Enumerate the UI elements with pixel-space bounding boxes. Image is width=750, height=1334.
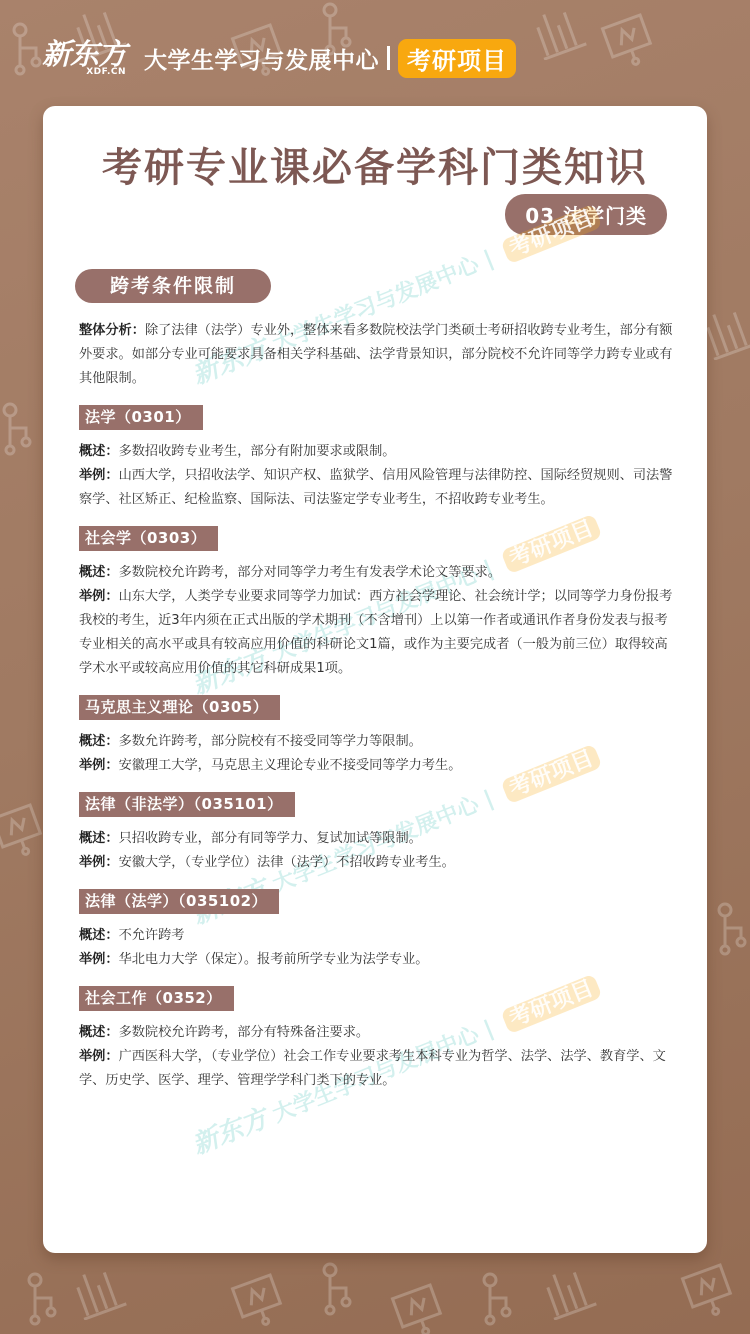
- example-line: 举例：广西医科大学，（专业学位）社会工作专业要求考生本科专业为哲学、法学、法学、…: [79, 1045, 679, 1093]
- content-body: 整体分析：除了法律（法学）专业外，整体来看多数院校法学门类硕士考研招收跨专业考生…: [79, 319, 679, 1107]
- presentation-icon: [680, 1260, 740, 1320]
- category-sociology: 社会学（0303） 概述：多数院校允许跨考，部分对同等学力考生有发表学术论文等要…: [79, 526, 679, 681]
- example-line: 举例：山西大学，只招收法学、知识产权、监狱学、信用风险管理与法律防控、国际经贸规…: [79, 464, 679, 512]
- example-line: 举例：华北电力大学（保定）。报考前所学专业为法学专业。: [79, 948, 679, 972]
- overview-line: 概述：只招收跨专业，部分有同等学力、复试加试等限制。: [79, 827, 679, 851]
- overview-line: 概述：不允许跨考: [79, 924, 679, 948]
- xdf-logo: 新东方 XDF.CN: [42, 40, 126, 77]
- bar-chart-icon: [70, 1260, 130, 1320]
- content-card: 考研专业课必备学科门类知识 03 法学门类 跨考条件限制 新东方 大学生学习与发…: [43, 106, 707, 1253]
- category-title: 社会工作（0352）: [79, 986, 234, 1011]
- tree-diagram-icon: [310, 1260, 370, 1320]
- tree-diagram-icon: [470, 1270, 530, 1330]
- bar-chart-icon: [530, 0, 590, 60]
- center-name: 大学生学习与发展中心: [144, 42, 379, 75]
- category-title: 马克思主义理论（0305）: [79, 695, 280, 720]
- project-badge: 考研项目: [398, 39, 516, 78]
- tree-diagram-icon: [15, 1270, 75, 1330]
- section-title: 跨考条件限制: [75, 269, 271, 303]
- bar-chart-icon: [540, 1260, 600, 1320]
- bar-chart-icon: [700, 300, 750, 360]
- subject-pill: 03 法学门类: [505, 194, 667, 235]
- presentation-icon: [600, 10, 660, 70]
- overview-line: 概述：多数允许跨考，部分院校有不接受同等学力等限制。: [79, 730, 679, 754]
- example-line: 举例：安徽大学，（专业学位）法律（法学）不招收跨专业考生。: [79, 851, 679, 875]
- page-title: 考研专业课必备学科门类知识: [43, 136, 707, 193]
- overall-text: 除了法律（法学）专业外，整体来看多数院校法学门类硕士考研招收跨专业考生，部分有额…: [79, 323, 672, 386]
- tree-diagram-icon: [705, 900, 750, 960]
- logo-sub-text: XDF.CN: [86, 67, 126, 77]
- category-social-work: 社会工作（0352） 概述：多数院校允许跨考，部分有特殊备注要求。 举例：广西医…: [79, 986, 679, 1093]
- header-divider: [387, 46, 390, 70]
- example-line: 举例：安徽理工大学，马克思主义理论专业不接受同等学力考生。: [79, 754, 679, 778]
- category-title: 法学（0301）: [79, 405, 203, 430]
- example-line: 举例：山东大学，人类学专业要求同等学力加试：西方社会学理论、社会统计学；以同等学…: [79, 585, 679, 681]
- presentation-icon: [230, 1270, 290, 1330]
- category-title: 法律（法学）（035102）: [79, 889, 279, 914]
- category-title: 法律（非法学）（035101）: [79, 792, 295, 817]
- overview-line: 概述：多数招收跨专业考生，部分有附加要求或限制。: [79, 440, 679, 464]
- category-title: 社会学（0303）: [79, 526, 218, 551]
- logo-main-text: 新东方: [42, 40, 126, 68]
- category-marxism: 马克思主义理论（0305） 概述：多数允许跨考，部分院校有不接受同等学力等限制。…: [79, 695, 679, 778]
- brand-header: 新东方 XDF.CN 大学生学习与发展中心 考研项目: [42, 36, 516, 80]
- overall-label: 整体分析：: [79, 323, 145, 338]
- overview-line: 概述：多数院校允许跨考，部分有特殊备注要求。: [79, 1021, 679, 1045]
- category-law: 法学（0301） 概述：多数招收跨专业考生，部分有附加要求或限制。 举例：山西大…: [79, 405, 679, 512]
- category-juris-master-law: 法律（法学）（035102） 概述：不允许跨考 举例：华北电力大学（保定）。报考…: [79, 889, 679, 972]
- overall-analysis: 整体分析：除了法律（法学）专业外，整体来看多数院校法学门类硕士考研招收跨专业考生…: [79, 319, 679, 391]
- presentation-icon: [390, 1280, 450, 1334]
- category-juris-master-non-law: 法律（非法学）（035101） 概述：只招收跨专业，部分有同等学力、复试加试等限…: [79, 792, 679, 875]
- overview-line: 概述：多数院校允许跨考，部分对同等学力考生有发表学术论文等要求。: [79, 561, 679, 585]
